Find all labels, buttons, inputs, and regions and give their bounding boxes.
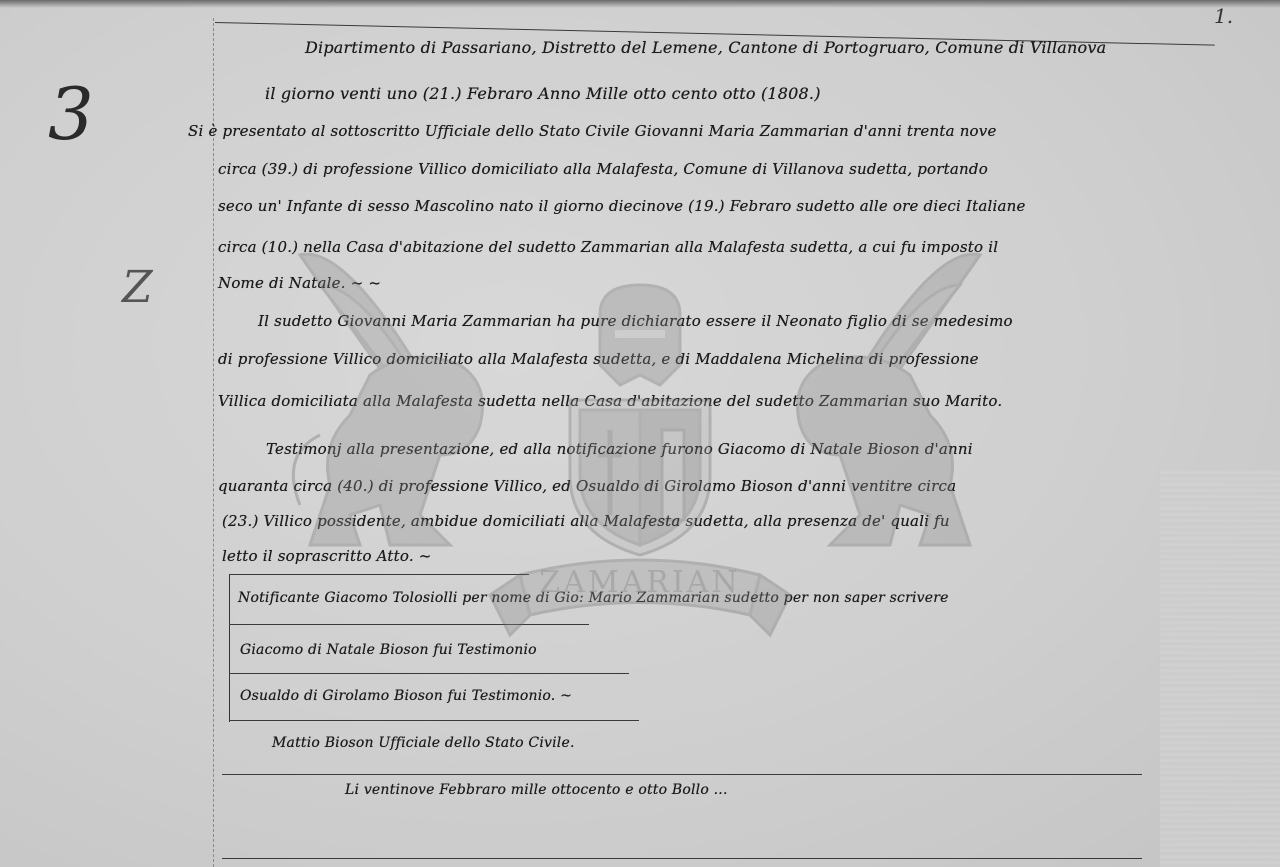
knight-helmet-icon [600, 285, 680, 385]
body-line: seco un' Infante di sesso Mascolino nato… [218, 197, 1026, 215]
body-line: di professione Villico domiciliato alla … [218, 350, 979, 368]
body-line: Testimonj alla presentazione, ed alla no… [266, 440, 973, 458]
watermark-text: ZAMARIAN [0, 565, 1280, 600]
body-line: Villica domiciliata alla Malafesta sudet… [218, 392, 1002, 410]
scan-edge-strip [1160, 470, 1280, 867]
margin-line [213, 18, 214, 867]
signature-rule [229, 624, 589, 625]
manuscript-page: 1. 3 Z Dipartimento di Passariano, Distr… [0, 0, 1280, 867]
footer-note: Li ventinove Febbraro mille ottocento e … [345, 782, 728, 798]
bottom-rule [222, 858, 1142, 859]
header-line-1: Dipartimento di Passariano, Distretto de… [305, 38, 1106, 57]
body-line: quaranta circa (40.) di professione Vill… [218, 477, 956, 495]
body-line: (23.) Villico possidente, ambidue domici… [222, 512, 950, 530]
record-number: 3 [48, 72, 94, 156]
body-line: Si è presentato al sottoscritto Ufficial… [188, 122, 997, 140]
body-line: letto il soprascritto Atto. ~ [222, 547, 432, 565]
body-line: circa (10.) nella Casa d'abitazione del … [218, 238, 998, 256]
page-number: 1. [1214, 4, 1233, 28]
officer-signature: Mattio Bioson Ufficiale dello Stato Civi… [272, 735, 575, 751]
signature-witness-1: Giacomo di Natale Bioson fui Testimonio [240, 642, 537, 658]
signature-rule [229, 673, 629, 674]
footer-rule [222, 774, 1142, 775]
body-line: Nome di Natale. ~ ~ [218, 274, 381, 292]
margin-annotation: Z [122, 262, 153, 313]
scan-top-shadow [0, 0, 1280, 8]
body-line: Il sudetto Giovanni Maria Zammarian ha p… [258, 312, 1013, 330]
signature-rule [229, 720, 639, 721]
signature-witness-2: Osualdo di Girolamo Bioson fui Testimoni… [240, 688, 572, 704]
header-line-2: il giorno venti uno (21.) Febraro Anno M… [265, 84, 821, 103]
body-line: circa (39.) di professione Villico domic… [218, 160, 988, 178]
